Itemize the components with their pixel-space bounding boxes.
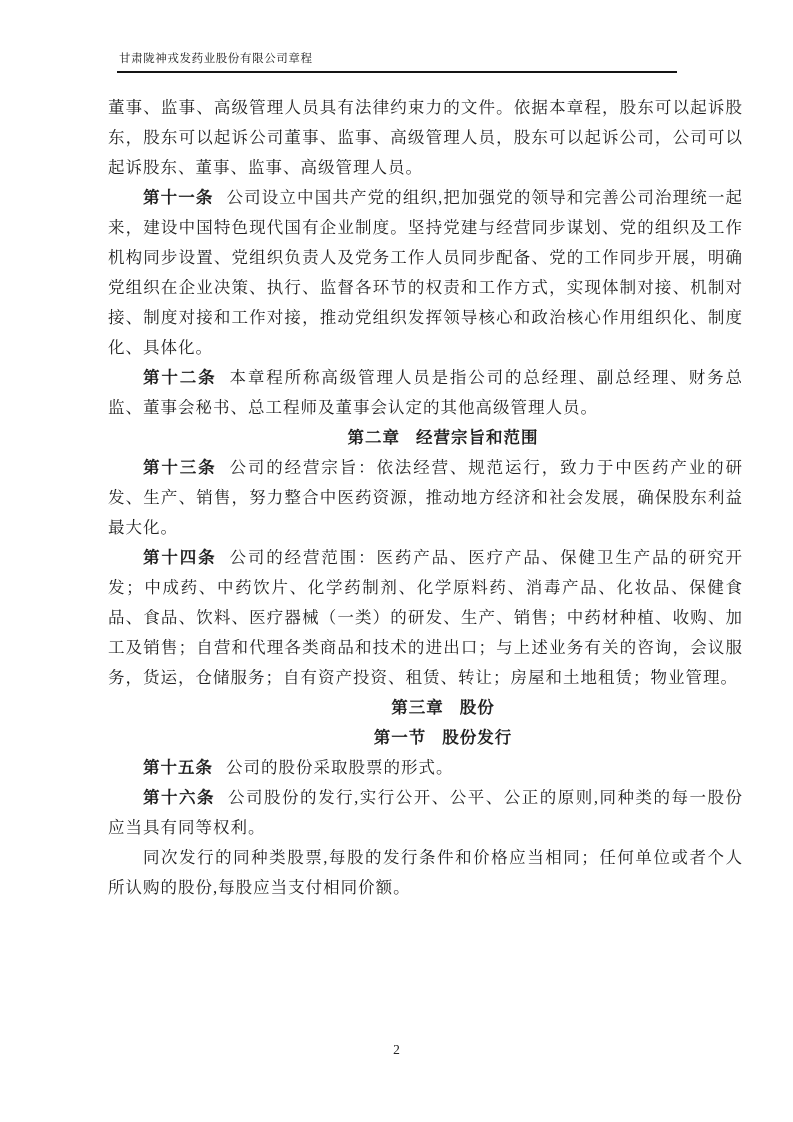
article-text-11: 公司设立中国共产党的组织,把加强党的领导和完善公司治理统一起来，建设中国特色现代… <box>108 188 743 357</box>
continuation-paragraph: 董事、监事、高级管理人员具有法律约束力的文件。依据本章程，股东可以起诉股东，股东… <box>108 93 743 183</box>
section-1-title: 股份发行 <box>442 728 512 747</box>
section-1-label: 第一节 <box>374 728 427 747</box>
chapter-heading-2: 第二章经营宗旨和范围 <box>108 423 743 453</box>
article-paragraph-14: 第十四条公司的经营范围：医药产品、医疗产品、保健卫生产品的研究开发；中成药、中药… <box>108 543 743 693</box>
article-label-12: 第十二条 <box>143 368 216 387</box>
article-label-16: 第十六条 <box>143 788 215 807</box>
header-title: 甘肃陇神戎发药业股份有限公司章程 <box>119 53 313 65</box>
document-body: 董事、监事、高级管理人员具有法律约束力的文件。依据本章程，股东可以起诉股东，股东… <box>108 93 743 903</box>
article-label-14: 第十四条 <box>143 548 216 567</box>
document-page: 甘肃陇神戎发药业股份有限公司章程 董事、监事、高级管理人员具有法律约束力的文件。… <box>0 0 793 1122</box>
article-paragraph-13: 第十三条公司的经营宗旨：依法经营、规范运行，致力于中医药产业的研发、生产、销售，… <box>108 453 743 543</box>
chapter-2-title: 经营宗旨和范围 <box>416 428 539 447</box>
page-number: 2 <box>393 1042 400 1057</box>
closing-paragraph: 同次发行的同种类股票,每股的发行条件和价格应当相同；任何单位或者个人所认购的股份… <box>108 843 743 903</box>
article-label-13: 第十三条 <box>143 458 216 477</box>
article-text-15: 公司的股份采取股票的形式。 <box>226 758 454 777</box>
chapter-3-label: 第三章 <box>391 698 444 717</box>
chapter-heading-3: 第三章股份 <box>108 693 743 723</box>
chapter-3-title: 股份 <box>460 698 495 717</box>
page-header: 甘肃陇神戎发药业股份有限公司章程 <box>117 52 677 73</box>
section-heading-1: 第一节股份发行 <box>108 723 743 753</box>
article-paragraph-12: 第十二条本章程所称高级管理人员是指公司的总经理、副总经理、财务总监、董事会秘书、… <box>108 363 743 423</box>
chapter-2-label: 第二章 <box>348 428 401 447</box>
article-label-11: 第十一条 <box>143 188 214 207</box>
article-label-15: 第十五条 <box>143 758 213 777</box>
article-paragraph-11: 第十一条公司设立中国共产党的组织,把加强党的领导和完善公司治理统一起来，建设中国… <box>108 183 743 363</box>
page-footer: 2 <box>0 1042 793 1058</box>
article-paragraph-16: 第十六条公司股份的发行,实行公开、公平、公正的原则,同种类的每一股份应当具有同等… <box>108 783 743 843</box>
article-paragraph-15: 第十五条公司的股份采取股票的形式。 <box>108 753 743 783</box>
article-text-14: 公司的经营范围：医药产品、医疗产品、保健卫生产品的研究开发；中成药、中药饮片、化… <box>108 548 743 687</box>
